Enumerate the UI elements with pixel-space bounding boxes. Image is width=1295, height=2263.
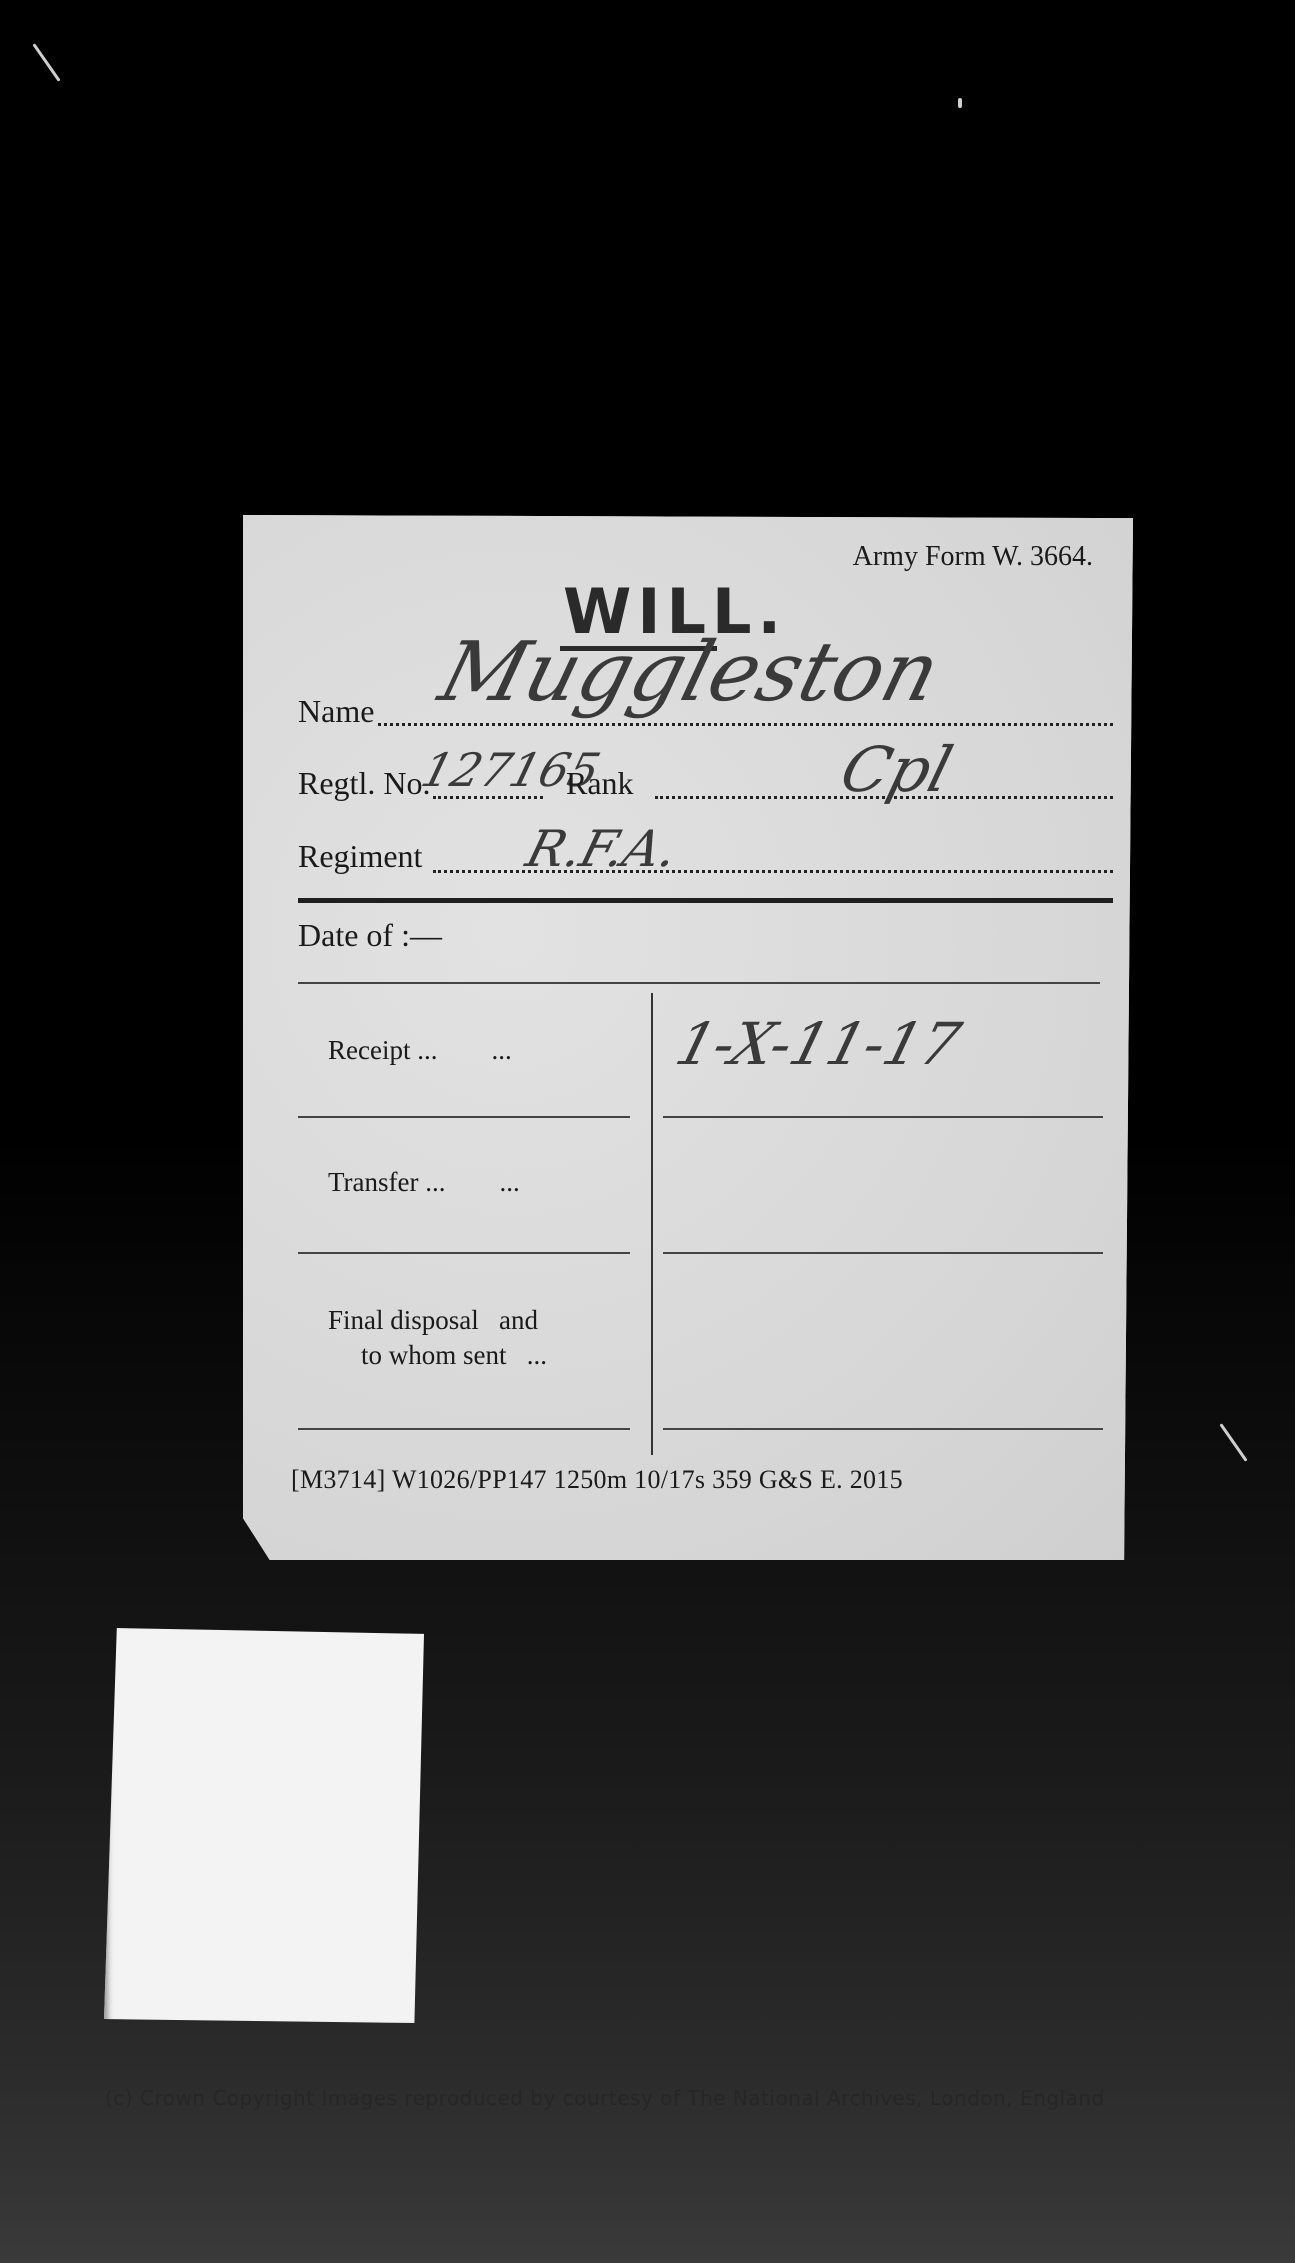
final-disposal-label-line2: to whom sent ... [361,1340,547,1371]
name-value: Muggleston [430,625,949,720]
final-disposal-rule-left [298,1428,630,1430]
transfer-row-rule-left [298,1252,630,1254]
film-scratch [1219,1423,1247,1462]
date-table-column-divider [651,993,653,1455]
transfer-label: Transfer ... ... [328,1167,520,1198]
receipt-label: Receipt ... ... [328,1035,512,1066]
form-number: Army Form W. 3664. [853,541,1093,573]
army-form-will: Army Form W. 3664. WILL. Name Muggleston… [243,515,1133,1560]
receipt-row-rule-right [663,1116,1103,1118]
receipt-date-value: 1-X-11-17 [669,1010,968,1078]
transfer-row-rule-right [663,1252,1103,1254]
receipt-row-rule-left [298,1116,630,1118]
film-scratch [958,98,962,108]
final-disposal-rule-right [663,1428,1103,1430]
date-of-heading: Date of :— [298,917,442,954]
film-scratch [32,43,60,82]
final-disposal-label-line1: Final disposal and [328,1305,538,1336]
regiment-value: R.F.A. [520,820,684,878]
date-table-top-rule [298,982,1100,984]
blank-card [104,1628,424,2023]
name-label: Name [298,693,374,730]
regtl-no-label: Regtl. No. [298,765,430,802]
name-dotted-line [378,723,1113,726]
rank-label: Rank [566,765,634,802]
regiment-label: Regiment [298,838,422,875]
printer-imprint: [M3714] W1026/PP147 1250m 10/17s 359 G&S… [291,1465,903,1495]
section-divider [298,898,1113,903]
copyright-watermark: (c) Crown Copyright Images reproduced by… [105,2086,1205,2110]
rank-value: Cpl [833,733,960,806]
